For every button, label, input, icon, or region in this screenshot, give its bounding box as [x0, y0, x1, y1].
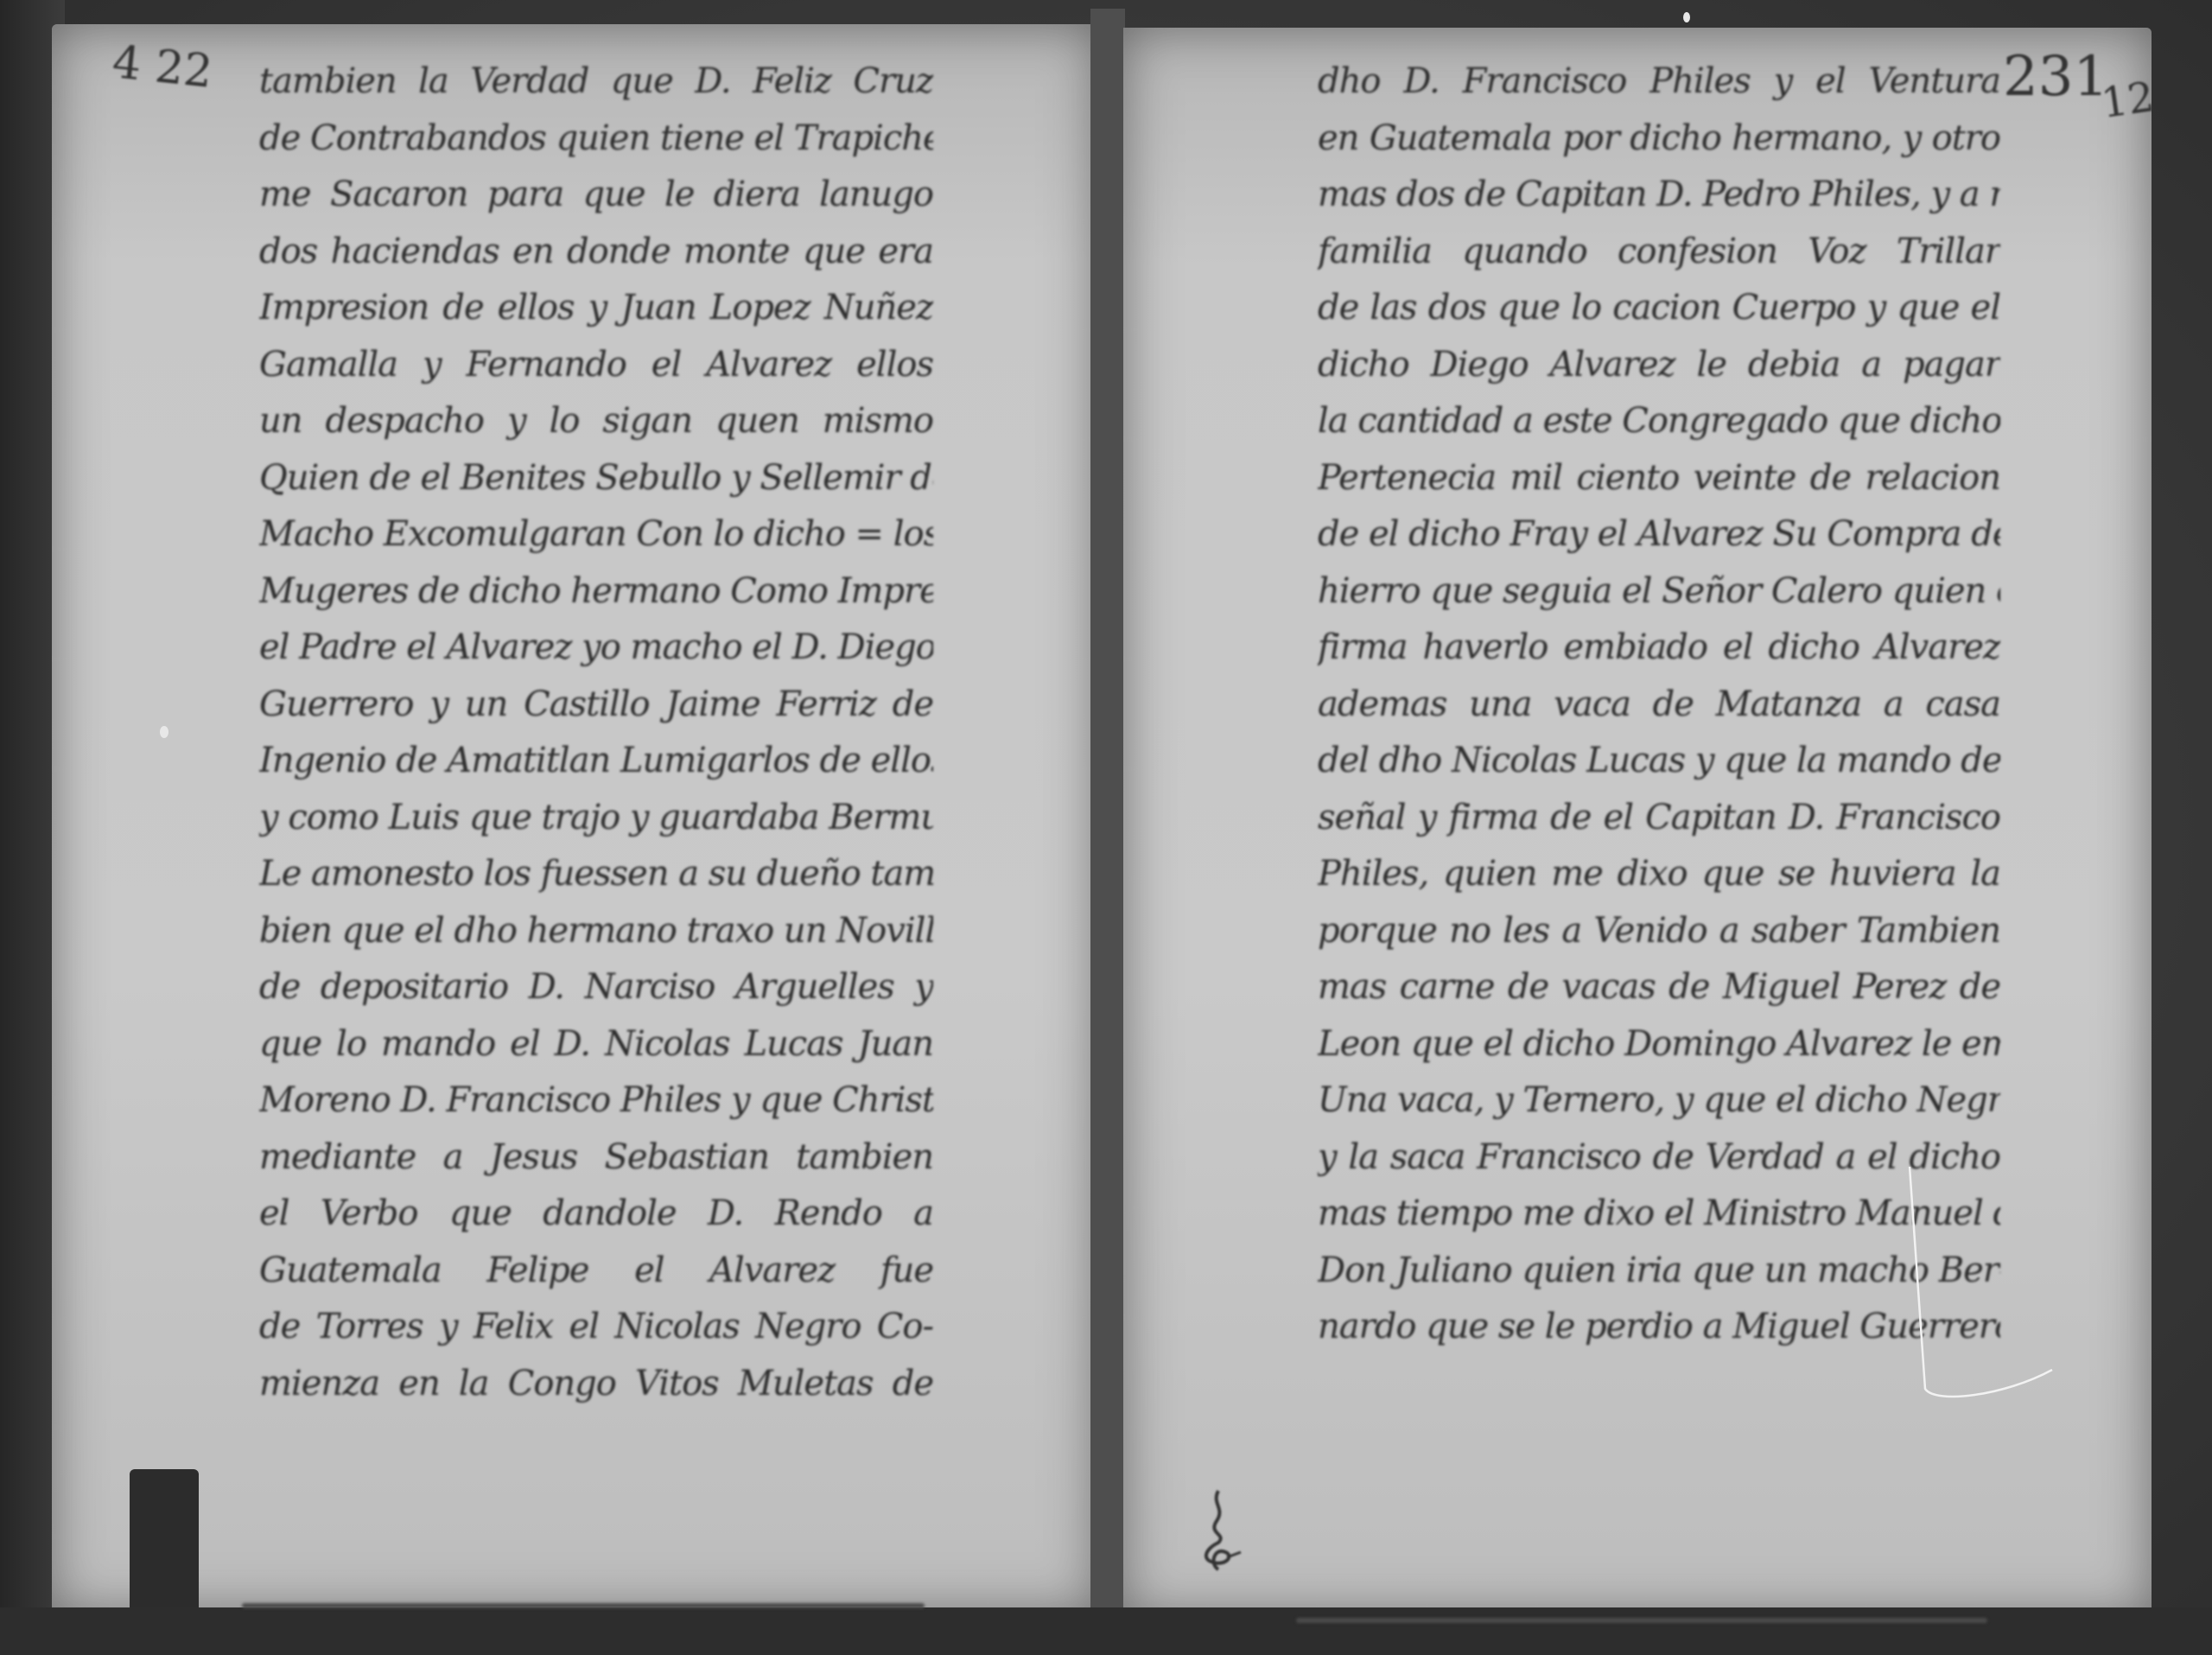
- manuscript-line: Guerrero y un Castillo Jaime Ferriz de: [259, 677, 933, 734]
- right-folio-number: 231: [2003, 45, 2108, 109]
- manuscript-line: de el dicho Fray el Alvarez Su Compra de: [1318, 506, 2000, 563]
- microfilm-frame: 4 22 231 12 tambien la Verdad que D. Fel…: [0, 0, 2212, 1655]
- book-gutter: [1090, 9, 1125, 1625]
- manuscript-line: la cantidad a este Congregado que dicho: [1318, 393, 2000, 450]
- manuscript-line: Macho Excomulgaran Con lo dicho = los: [259, 506, 933, 563]
- right-page-text: dho D. Francisco Philes y el Ventura en …: [1318, 54, 2000, 1356]
- manuscript-line: Ingenio de Amatitlan Lumigarlos de ellos: [259, 733, 933, 790]
- manuscript-line: de Contrabandos quien tiene el Trapiche: [259, 111, 933, 168]
- manuscript-line: un despacho y lo sigan quen mismo: [259, 393, 933, 450]
- bottom-frame-shadow: [0, 1607, 2212, 1655]
- manuscript-line: mienza en la Congo Vitos Muletas de: [259, 1356, 933, 1413]
- manuscript-line: ademas una vaca de Matanza a casa: [1318, 677, 2000, 734]
- manuscript-line: porque no les a Venido a saber Tambien: [1318, 903, 2000, 960]
- closing-rule-line: [242, 1603, 925, 1608]
- manuscript-line: familia quando confesion Voz Trillar: [1318, 224, 2000, 281]
- film-speck: [160, 726, 168, 738]
- manuscript-line: de depositario D. Narciso Arguelles y: [259, 959, 933, 1016]
- manuscript-line: señal y firma de el Capitan D. Francisco: [1318, 790, 2000, 847]
- manuscript-line: Le amonesto los fuessen a su dueño tam: [259, 846, 933, 903]
- manuscript-line: Moreno D. Francisco Philes y que Christo: [259, 1073, 933, 1130]
- manuscript-line: Pertenecia mil ciento veinte de relacion: [1318, 450, 2000, 507]
- manuscript-line: Quien de el Benites Sebullo y Sellemir d…: [259, 450, 933, 507]
- left-folio-annotation: 4 22: [110, 36, 214, 99]
- page-clip-shadow: [130, 1469, 199, 1625]
- manuscript-line: dos haciendas en donde monte que era: [259, 224, 933, 281]
- manuscript-line: en Guatemala por dicho hermano, y otro: [1318, 111, 2000, 168]
- manuscript-line: Mugeres de dicho hermano Como Impresa: [259, 563, 933, 621]
- closing-rule-line: [1296, 1618, 1987, 1623]
- manuscript-line: y como Luis que trajo y guardaba Bermude…: [259, 790, 933, 847]
- left-page-text: tambien la Verdad que D. Feliz Cruz de C…: [259, 54, 933, 1412]
- manuscript-line: bien que el dho hermano traxo un Novillo: [259, 903, 933, 960]
- manuscript-line: hierro que seguia el Señor Calero quien …: [1318, 563, 2000, 621]
- manuscript-line: tambien la Verdad que D. Feliz Cruz: [259, 54, 933, 111]
- manuscript-line: mas carne de vacas de Miguel Perez de: [1318, 959, 2000, 1016]
- manuscript-line: firma haverlo embiado el dicho Alvarez: [1318, 620, 2000, 677]
- manuscript-line: me Sacaron para que le diera lanugo: [259, 167, 933, 224]
- manuscript-line: que lo mando el D. Nicolas Lucas Juan: [259, 1016, 933, 1073]
- film-scratch: [1884, 1162, 2056, 1404]
- manuscript-line: del dho Nicolas Lucas y que la mando de: [1318, 733, 2000, 790]
- right-folio-mark: 12: [2098, 73, 2157, 128]
- film-speck: [1683, 12, 1690, 22]
- manuscript-line: de Torres y Felix el Nicolas Negro Co-: [259, 1299, 933, 1356]
- manuscript-line: dho D. Francisco Philes y el Ventura: [1318, 54, 2000, 111]
- manuscript-line: el Padre el Alvarez yo macho el D. Diego: [259, 620, 933, 677]
- manuscript-line: dicho Diego Alvarez le debia a pagar: [1318, 337, 2000, 394]
- manuscript-line: Leon que el dicho Domingo Alvarez le emb…: [1318, 1016, 2000, 1073]
- manuscript-line: Impresion de ellos y Juan Lopez Nuñez: [259, 280, 933, 337]
- rubric-flourish-icon: [1192, 1486, 1244, 1573]
- manuscript-line: Guatemala Felipe el Alvarez fue: [259, 1243, 933, 1300]
- manuscript-line: Philes, quien me dixo que se huviera la: [1318, 846, 2000, 903]
- manuscript-line: Una vaca, y Ternero, y que el dicho Negr…: [1318, 1073, 2000, 1130]
- manuscript-line: Gamalla y Fernando el Alvarez ellos: [259, 337, 933, 394]
- manuscript-line: el Verbo que dandole D. Rendo a: [259, 1186, 933, 1243]
- manuscript-line: de las dos que lo cacion Cuerpo y que el: [1318, 280, 2000, 337]
- manuscript-line: mediante a Jesus Sebastian tambien: [259, 1130, 933, 1187]
- manuscript-line: mas dos de Capitan D. Pedro Philes, y a …: [1318, 167, 2000, 224]
